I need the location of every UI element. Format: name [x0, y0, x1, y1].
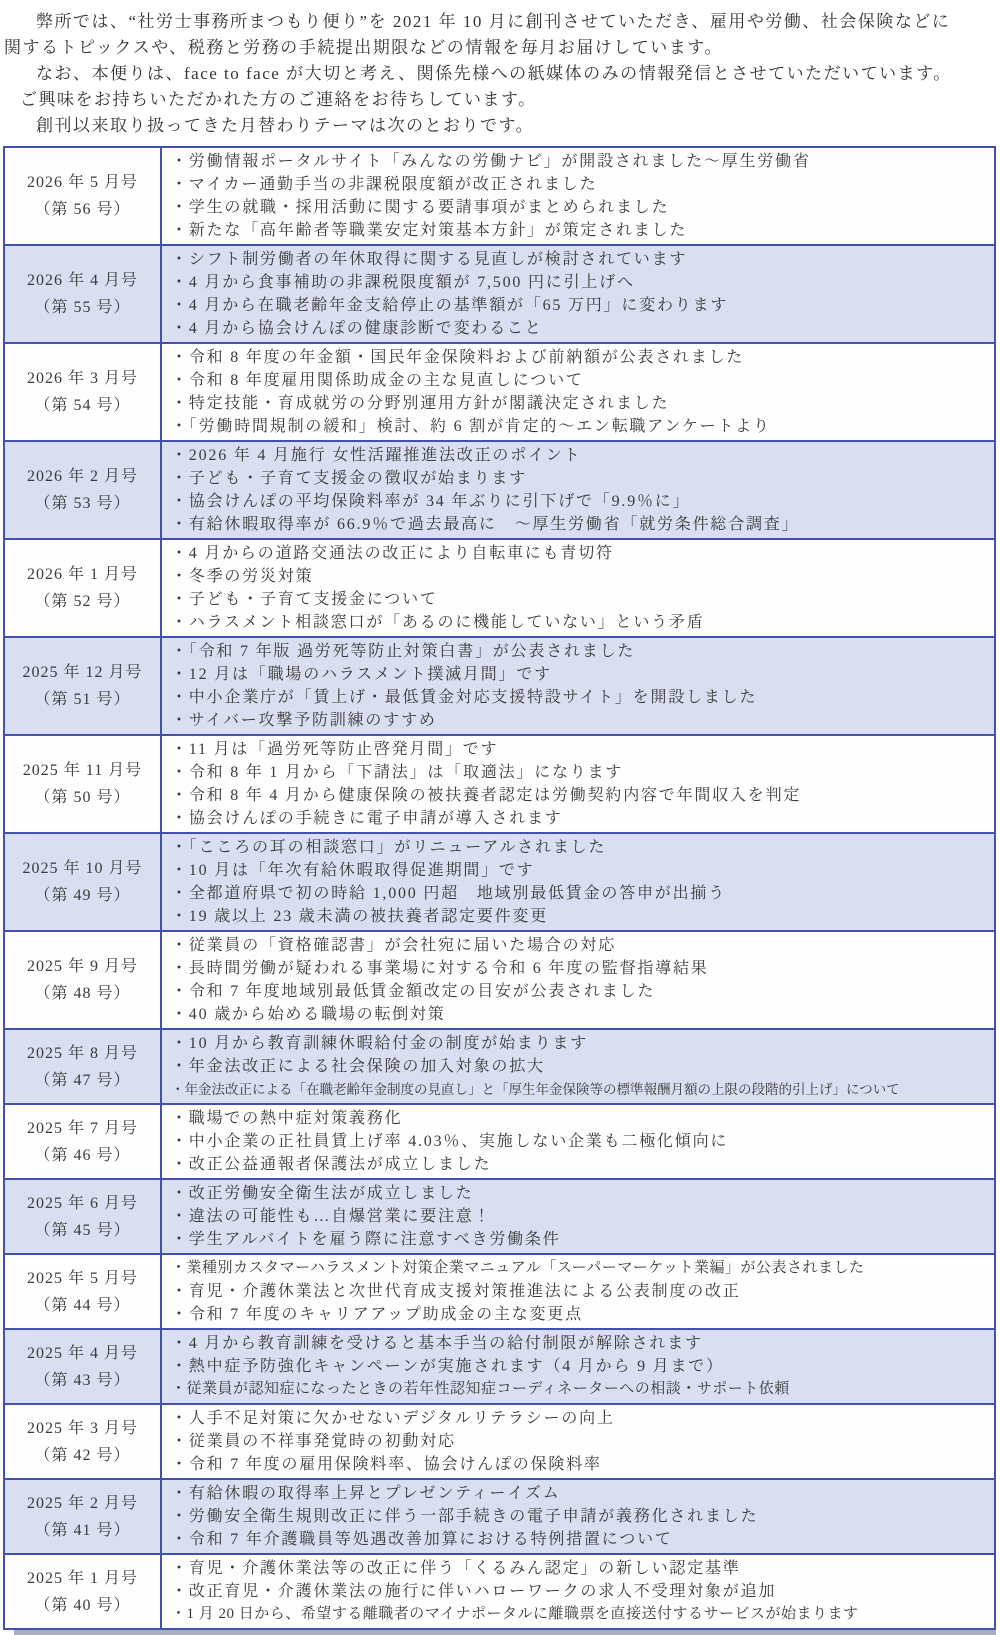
issue-row: 2025 年 3 月号（第 42 号）・人手不足対策に欠かせないデジタルリテラシ…	[4, 1404, 995, 1479]
issue-topics-cell: ・シフト制労働者の年休取得に関する見直しが検討されています・4 月から食事補助の…	[161, 245, 995, 343]
newsletter-archive-table: 2026 年 5 月号（第 56 号）・労働情報ポータルサイト「みんなの労働ナビ…	[3, 146, 996, 1630]
topic-item: ・新たな「高年齢者等職業安定対策基本方針」が策定されました	[171, 219, 990, 242]
topic-item: ・12 月は「職場のハラスメント撲滅月間」です	[171, 663, 990, 686]
topic-item: ・長時間労働が疑われる事業場に対する令和 6 年度の監督指導結果	[171, 957, 990, 980]
topic-item: ・子ども・子育て支援金の徴収が始まります	[171, 467, 990, 490]
topic-item: ・「令和 7 年版 過労死等防止対策白書」が公表されました	[171, 640, 990, 663]
topic-item: ・シフト制労働者の年休取得に関する見直しが検討されています	[171, 248, 990, 271]
topic-item: ・育児・介護休業法等の改正に伴う「くるみん認定」の新しい認定基準	[171, 1557, 990, 1580]
topic-item: ・令和 8 年度の年金額・国民年金保険料および前納額が公表されました	[171, 346, 990, 369]
issue-number-label: （第 43 号）	[6, 1367, 159, 1394]
topic-item: ・熱中症予防強化キャンペーンが実施されます（4 月から 9 月まで）	[171, 1355, 990, 1378]
topic-item: ・業種別カスタマーハラスメント対策企業マニュアル「スーパーマーケット業編」が公表…	[171, 1257, 990, 1280]
issue-date-cell: 2026 年 1 月号（第 52 号）	[4, 539, 161, 637]
issue-date-cell: 2026 年 5 月号（第 56 号）	[4, 147, 161, 245]
issue-month-label: 2025 年 3 月号	[6, 1415, 159, 1442]
issue-row: 2025 年 7 月号（第 46 号）・職場での熱中症対策義務化・中小企業の正社…	[4, 1104, 995, 1179]
topic-item: ・改正育児・介護休業法の施行に伴いハローワークの求人不受理対象が追加	[171, 1580, 990, 1603]
topic-item: ・サイバー攻撃予防訓練のすすめ	[171, 709, 990, 732]
issue-row: 2026 年 5 月号（第 56 号）・労働情報ポータルサイト「みんなの労働ナビ…	[4, 147, 995, 245]
intro-paragraph: 弊所では、“社労士事務所まつもり便り”を 2021 年 10 月に創刊させていた…	[0, 0, 1000, 143]
issue-date-cell: 2025 年 8 月号（第 47 号）	[4, 1029, 161, 1104]
topic-item: ・従業員の不祥事発覚時の初動対応	[171, 1430, 990, 1453]
topic-item: ・改正労働安全衛生法が成立しました	[171, 1182, 990, 1205]
issue-month-label: 2025 年 12 月号	[6, 659, 159, 686]
issue-date-cell: 2025 年 6 月号（第 45 号）	[4, 1179, 161, 1254]
issue-row: 2025 年 9 月号（第 48 号）・従業員の「資格確認書」が会社宛に届いた場…	[4, 931, 995, 1029]
topic-item: ・令和 7 年介護職員等処遇改善加算における特例措置について	[171, 1528, 990, 1551]
issue-date-cell: 2025 年 12 月号（第 51 号）	[4, 637, 161, 735]
issue-topics-cell: ・従業員の「資格確認書」が会社宛に届いた場合の対応・長時間労働が疑われる事業場に…	[161, 931, 995, 1029]
intro-line: 関するトピックスや、税務と労務の手続提出期限などの情報を毎月お届けしています。	[4, 35, 994, 61]
intro-line: 創刊以来取り扱ってきた月替わりテーマは次のとおりです。	[4, 113, 994, 139]
issue-month-label: 2025 年 10 月号	[6, 855, 159, 882]
topic-item: ・年金法改正による「在職老齢年金制度の見直し」と「厚生年金保険等の標準報酬月額の…	[171, 1078, 990, 1101]
topic-item: ・19 歳以上 23 歳未満の被扶養者認定要件変更	[171, 905, 990, 928]
issue-month-label: 2026 年 2 月号	[6, 463, 159, 490]
issue-topics-cell: ・4 月からの道路交通法の改正により自転車にも青切符・冬季の労災対策・子ども・子…	[161, 539, 995, 637]
issue-date-cell: 2025 年 3 月号（第 42 号）	[4, 1404, 161, 1479]
issue-month-label: 2025 年 6 月号	[6, 1190, 159, 1217]
issue-row: 2026 年 3 月号（第 54 号）・令和 8 年度の年金額・国民年金保険料お…	[4, 343, 995, 441]
topic-item: ・協会けんぽの手続きに電子申請が導入されます	[171, 807, 990, 830]
topic-item: ・10 月から教育訓練休暇給付金の制度が始まります	[171, 1032, 990, 1055]
topic-item: ・ハラスメント相談窓口が「あるのに機能していない」という矛盾	[171, 611, 990, 634]
issue-row: 2025 年 11 月号（第 50 号）・11 月は「過労死等防止啓発月間」です…	[4, 735, 995, 833]
topic-item: ・学生アルバイトを雇う際に注意すべき労働条件	[171, 1228, 990, 1251]
issue-date-cell: 2026 年 4 月号（第 55 号）	[4, 245, 161, 343]
intro-line: なお、本便りは、face to face が大切と考え、関係先様への紙媒体のみの…	[4, 61, 994, 87]
topic-item: ・マイカー通勤手当の非課税限度額が改正されました	[171, 173, 990, 196]
topic-item: ・令和 8 年 1 月から「下請法」は「取適法」になります	[171, 761, 990, 784]
topic-item: ・全都道府県で初の時給 1,000 円超 地域別最低賃金の答申が出揃う	[171, 882, 990, 905]
topic-item: ・令和 7 年度のキャリアアップ助成金の主な変更点	[171, 1303, 990, 1326]
issue-topics-cell: ・労働情報ポータルサイト「みんなの労働ナビ」が開設されました～厚生労働省・マイカ…	[161, 147, 995, 245]
issue-row: 2025 年 5 月号（第 44 号）・業種別カスタマーハラスメント対策企業マニ…	[4, 1254, 995, 1329]
issue-row: 2025 年 12 月号（第 51 号）・「令和 7 年版 過労死等防止対策白書…	[4, 637, 995, 735]
topic-item: ・冬季の労災対策	[171, 565, 990, 588]
table-shadow	[14, 1630, 996, 1635]
issue-number-label: （第 54 号）	[6, 392, 159, 419]
issue-month-label: 2025 年 9 月号	[6, 953, 159, 980]
issue-number-label: （第 53 号）	[6, 490, 159, 517]
topic-item: ・子ども・子育て支援金について	[171, 588, 990, 611]
issue-date-cell: 2025 年 10 月号（第 49 号）	[4, 833, 161, 931]
issue-month-label: 2026 年 4 月号	[6, 267, 159, 294]
issue-row: 2025 年 2 月号（第 41 号）・有給休暇の取得率上昇とプレゼンティーイズ…	[4, 1479, 995, 1554]
issue-row: 2026 年 4 月号（第 55 号）・シフト制労働者の年休取得に関する見直しが…	[4, 245, 995, 343]
topic-item: ・従業員の「資格確認書」が会社宛に届いた場合の対応	[171, 934, 990, 957]
topic-item: ・人手不足対策に欠かせないデジタルリテラシーの向上	[171, 1407, 990, 1430]
issue-topics-cell: ・11 月は「過労死等防止啓発月間」です・令和 8 年 1 月から「下請法」は「…	[161, 735, 995, 833]
issue-month-label: 2026 年 3 月号	[6, 365, 159, 392]
issue-month-label: 2025 年 7 月号	[6, 1115, 159, 1142]
issue-number-label: （第 45 号）	[6, 1217, 159, 1244]
issue-number-label: （第 47 号）	[6, 1067, 159, 1094]
issue-number-label: （第 50 号）	[6, 784, 159, 811]
topic-item: ・改正公益通報者保護法が成立しました	[171, 1153, 990, 1176]
issue-date-cell: 2025 年 7 月号（第 46 号）	[4, 1104, 161, 1179]
issue-number-label: （第 56 号）	[6, 196, 159, 223]
topic-item: ・11 月は「過労死等防止啓発月間」です	[171, 738, 990, 761]
topic-item: ・特定技能・育成就労の分野別運用方針が閣議決定されました	[171, 392, 990, 415]
issue-number-label: （第 51 号）	[6, 686, 159, 713]
topic-item: ・育児・介護休業法と次世代育成支援対策推進法による公表制度の改正	[171, 1280, 990, 1303]
topic-item: ・令和 8 年度雇用関係助成金の主な見直しについて	[171, 369, 990, 392]
topic-item: ・中小企業の正社員賃上げ率 4.03％、実施しない企業も二極化傾向に	[171, 1130, 990, 1153]
issue-row: 2026 年 1 月号（第 52 号）・4 月からの道路交通法の改正により自転車…	[4, 539, 995, 637]
issue-number-label: （第 49 号）	[6, 882, 159, 909]
page: { "intro": { "lines": [ {"text": "弊所では、“…	[0, 0, 1000, 1635]
issue-month-label: 2025 年 11 月号	[6, 757, 159, 784]
issue-row: 2025 年 10 月号（第 49 号）・「こころの耳の相談窓口」がリニューアル…	[4, 833, 995, 931]
issue-month-label: 2026 年 1 月号	[6, 561, 159, 588]
issue-topics-cell: ・職場での熱中症対策義務化・中小企業の正社員賃上げ率 4.03％、実施しない企業…	[161, 1104, 995, 1179]
issue-row: 2025 年 8 月号（第 47 号）・10 月から教育訓練休暇給付金の制度が始…	[4, 1029, 995, 1104]
issue-month-label: 2025 年 2 月号	[6, 1490, 159, 1517]
issue-number-label: （第 40 号）	[6, 1592, 159, 1619]
issue-month-label: 2026 年 5 月号	[6, 169, 159, 196]
issue-row: 2025 年 4 月号（第 43 号）・4 月から教育訓練を受けると基本手当の給…	[4, 1329, 995, 1404]
issue-number-label: （第 42 号）	[6, 1442, 159, 1469]
topic-item: ・有給休暇の取得率上昇とプレゼンティーイズム	[171, 1482, 990, 1505]
topic-item: ・職場での熱中症対策義務化	[171, 1107, 990, 1130]
topic-item: ・「こころの耳の相談窓口」がリニューアルされました	[171, 836, 990, 859]
topic-item: ・令和 8 年 4 月から健康保険の被扶養者認定は労働契約内容で年間収入を判定	[171, 784, 990, 807]
issue-month-label: 2025 年 4 月号	[6, 1340, 159, 1367]
topic-item: ・4 月から協会けんぽの健康診断で変わること	[171, 317, 990, 340]
topic-item: ・2026 年 4 月施行 女性活躍推進法改正のポイント	[171, 444, 990, 467]
topic-item: ・1 月 20 日から、希望する離職者のマイナポータルに離職票を直接送付するサー…	[171, 1603, 990, 1626]
topic-item: ・4 月から食事補助の非課税限度額が 7,500 円に引上げへ	[171, 271, 990, 294]
topic-item: ・労働安全衛生規則改正に伴う一部手続きの電子申請が義務化されました	[171, 1505, 990, 1528]
intro-line: ご興味をお持ちいただかれた方のご連絡をお待ちしています。	[4, 87, 994, 113]
issue-row: 2025 年 1 月号（第 40 号）・育児・介護休業法等の改正に伴う「くるみん…	[4, 1554, 995, 1629]
issue-topics-cell: ・4 月から教育訓練を受けると基本手当の給付制限が解除されます・熱中症予防強化キ…	[161, 1329, 995, 1404]
topic-item: ・年金法改正による社会保険の加入対象の拡大	[171, 1055, 990, 1078]
issue-topics-cell: ・「こころの耳の相談窓口」がリニューアルされました・10 月は「年次有給休暇取得…	[161, 833, 995, 931]
issue-date-cell: 2025 年 11 月号（第 50 号）	[4, 735, 161, 833]
issue-topics-cell: ・「令和 7 年版 過労死等防止対策白書」が公表されました・12 月は「職場のハ…	[161, 637, 995, 735]
issue-row: 2025 年 6 月号（第 45 号）・改正労働安全衛生法が成立しました・違法の…	[4, 1179, 995, 1254]
issue-topics-cell: ・業種別カスタマーハラスメント対策企業マニュアル「スーパーマーケット業編」が公表…	[161, 1254, 995, 1329]
issue-topics-cell: ・令和 8 年度の年金額・国民年金保険料および前納額が公表されました・令和 8 …	[161, 343, 995, 441]
issue-number-label: （第 48 号）	[6, 980, 159, 1007]
issue-topics-cell: ・育児・介護休業法等の改正に伴う「くるみん認定」の新しい認定基準・改正育児・介護…	[161, 1554, 995, 1629]
archive-table-body: 2026 年 5 月号（第 56 号）・労働情報ポータルサイト「みんなの労働ナビ…	[4, 147, 995, 1629]
issue-row: 2026 年 2 月号（第 53 号）・2026 年 4 月施行 女性活躍推進法…	[4, 441, 995, 539]
issue-date-cell: 2026 年 3 月号（第 54 号）	[4, 343, 161, 441]
intro-line: 弊所では、“社労士事務所まつもり便り”を 2021 年 10 月に創刊させていた…	[4, 9, 994, 35]
topic-item: ・労働情報ポータルサイト「みんなの労働ナビ」が開設されました～厚生労働省	[171, 150, 990, 173]
issue-date-cell: 2025 年 9 月号（第 48 号）	[4, 931, 161, 1029]
topic-item: ・「労働時間規制の緩和」検討、約 6 割が肯定的～エン転職アンケートより	[171, 415, 990, 438]
issue-date-cell: 2025 年 4 月号（第 43 号）	[4, 1329, 161, 1404]
issue-topics-cell: ・有給休暇の取得率上昇とプレゼンティーイズム・労働安全衛生規則改正に伴う一部手続…	[161, 1479, 995, 1554]
issue-topics-cell: ・2026 年 4 月施行 女性活躍推進法改正のポイント・子ども・子育て支援金の…	[161, 441, 995, 539]
issue-topics-cell: ・改正労働安全衛生法が成立しました・違法の可能性も…自爆営業に要注意！・学生アル…	[161, 1179, 995, 1254]
topic-item: ・40 歳から始める職場の転倒対策	[171, 1003, 990, 1026]
issue-month-label: 2025 年 5 月号	[6, 1265, 159, 1292]
topic-item: ・学生の就職・採用活動に関する要請事項がまとめられました	[171, 196, 990, 219]
topic-item: ・4 月から教育訓練を受けると基本手当の給付制限が解除されます	[171, 1332, 990, 1355]
topic-item: ・従業員が認知症になったときの若年性認知症コーディネーターへの相談・サポート依頼	[171, 1378, 990, 1401]
issue-number-label: （第 41 号）	[6, 1517, 159, 1544]
issue-number-label: （第 55 号）	[6, 294, 159, 321]
issue-topics-cell: ・人手不足対策に欠かせないデジタルリテラシーの向上・従業員の不祥事発覚時の初動対…	[161, 1404, 995, 1479]
issue-date-cell: 2025 年 5 月号（第 44 号）	[4, 1254, 161, 1329]
topic-item: ・違法の可能性も…自爆営業に要注意！	[171, 1205, 990, 1228]
issue-month-label: 2025 年 8 月号	[6, 1040, 159, 1067]
issue-date-cell: 2025 年 1 月号（第 40 号）	[4, 1554, 161, 1629]
topic-item: ・令和 7 年度の雇用保険料率、協会けんぽの保険料率	[171, 1453, 990, 1476]
topic-item: ・4 月から在職老齢年金支給停止の基準額が「65 万円」に変わります	[171, 294, 990, 317]
issue-number-label: （第 46 号）	[6, 1142, 159, 1169]
issue-date-cell: 2025 年 2 月号（第 41 号）	[4, 1479, 161, 1554]
issue-month-label: 2025 年 1 月号	[6, 1565, 159, 1592]
topic-item: ・4 月からの道路交通法の改正により自転車にも青切符	[171, 542, 990, 565]
topic-item: ・協会けんぽの平均保険料率が 34 年ぶりに引下げで「9.9％に」	[171, 490, 990, 513]
issue-number-label: （第 44 号）	[6, 1292, 159, 1319]
issue-number-label: （第 52 号）	[6, 588, 159, 615]
topic-item: ・中小企業庁が「賃上げ・最低賃金対応支援特設サイト」を開設しました	[171, 686, 990, 709]
topic-item: ・有給休暇取得率が 66.9％で過去最高に ～厚生労働省「就労条件総合調査」	[171, 513, 990, 536]
topic-item: ・10 月は「年次有給休暇取得促進期間」です	[171, 859, 990, 882]
issue-topics-cell: ・10 月から教育訓練休暇給付金の制度が始まります・年金法改正による社会保険の加…	[161, 1029, 995, 1104]
issue-date-cell: 2026 年 2 月号（第 53 号）	[4, 441, 161, 539]
topic-item: ・令和 7 年度地域別最低賃金額改定の目安が公表されました	[171, 980, 990, 1003]
